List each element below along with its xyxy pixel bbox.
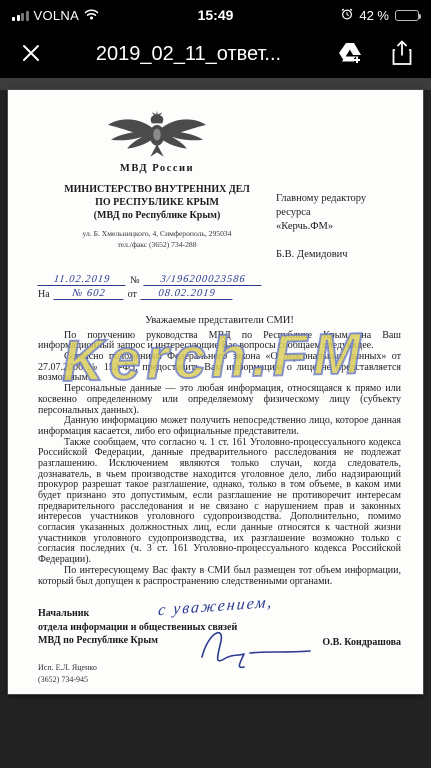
address-line: тел./факс (3652) 734-288: [38, 240, 276, 251]
reference-block: 11.02.2019 № 3/196200023586 На № 602 от …: [38, 274, 288, 300]
close-icon: [22, 44, 40, 65]
recipient-block: Главному редактору ресурса «Керчь.ФМ» Б.…: [276, 106, 401, 262]
paragraph: По интересующему Вас факту в СМИ был раз…: [38, 566, 401, 587]
document-title: 2019_02_11_ответ...: [48, 43, 329, 66]
recipient-line: Главному редактору ресурса: [276, 192, 401, 220]
ministry-line: МИНИСТЕРСТВО ВНУТРЕННИХ ДЕЛ: [38, 183, 276, 196]
paragraph: Персональные данные — это любая информац…: [38, 384, 401, 416]
share-icon: [392, 40, 412, 69]
add-to-drive-button[interactable]: [335, 37, 365, 71]
outgoing-number-handwritten: 3/196200023586: [143, 274, 262, 286]
battery-percent-label: 42 %: [359, 8, 389, 23]
recipient-name: Б.В. Демидович: [276, 248, 401, 262]
letter-body: По поручению руководства МВД по Республи…: [38, 331, 401, 588]
incoming-number-handwritten: № 602: [53, 288, 124, 300]
address-line: ул. Б. Хмельницкого, 4, Симферополь, 295…: [38, 229, 276, 240]
sender-address: ул. Б. Хмельницкого, 4, Симферополь, 295…: [38, 229, 276, 250]
ministry-name: МИНИСТЕРСТВО ВНУТРЕННИХ ДЕЛ ПО РЕСПУБЛИК…: [38, 183, 276, 222]
battery-icon: [395, 10, 419, 21]
ot-label: от: [128, 289, 137, 300]
paragraph: По поручению руководства МВД по Республи…: [38, 331, 401, 352]
paragraph: Также сообщаем, что согласно ч. 1 ст. 16…: [38, 438, 401, 566]
share-button[interactable]: [387, 37, 417, 71]
letterhead: МВД России МИНИСТЕРСТВО ВНУТРЕННИХ ДЕЛ П…: [38, 106, 401, 262]
ministry-line: ПО РЕСПУБЛИКЕ КРЫМ: [38, 196, 276, 209]
cellular-signal-icon: [12, 10, 29, 21]
number-sign-label: №: [130, 275, 140, 286]
carrier-label: VOLNA: [34, 8, 80, 23]
google-drive-add-icon: [337, 41, 363, 68]
salutation: Уважаемые представители СМИ!: [38, 315, 401, 326]
outgoing-date-handwritten: 11.02.2019: [37, 274, 126, 286]
alarm-clock-icon: [341, 8, 353, 23]
mvd-eagle-emblem-icon: [38, 110, 276, 162]
na-label: На: [38, 289, 50, 300]
letter-page: МВД России МИНИСТЕРСТВО ВНУТРЕННИХ ДЕЛ П…: [8, 90, 423, 694]
status-bar: VOLNA 15:49 42 %: [0, 0, 431, 30]
emblem-caption: МВД России: [38, 163, 276, 174]
viewer-top-strip: [0, 78, 431, 90]
title-bar: 2019_02_11_ответ...: [0, 30, 431, 78]
paragraph: Данную информацию может получить непосре…: [38, 416, 401, 437]
incoming-date-handwritten: 08.02.2019: [140, 288, 233, 300]
signer-name: О.В. Кондрашова: [322, 637, 401, 648]
document-viewer[interactable]: МВД России МИНИСТЕРСТВО ВНУТРЕННИХ ДЕЛ П…: [0, 78, 431, 768]
ministry-line: (МВД по Республике Крым): [38, 209, 276, 222]
handwritten-signature-icon: [188, 623, 318, 676]
recipient-line: «Керчь.ФМ»: [276, 220, 401, 234]
wifi-icon: [84, 8, 99, 23]
close-button[interactable]: [14, 37, 48, 71]
paragraph: Согласно положениям Федерального закона …: [38, 352, 401, 384]
